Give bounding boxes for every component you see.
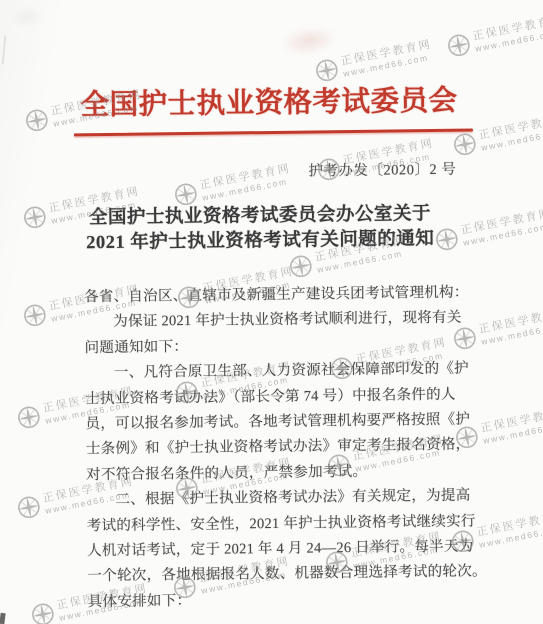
official-notice-document: 全国护士执业资格考试委员会 护考办发〔2020〕2 号 全国护士执业资格考试委员…	[0, 0, 543, 624]
body-text-line: 为保证 2021 年护士执业资格考试顺利进行，现将有关	[84, 306, 494, 336]
notice-title-line-2: 2021 年护士执业资格考试有关问题的通知	[0, 226, 521, 257]
body-text-line: 士条例》和《护士执业资格考试办法》审定考生报名资格，	[86, 433, 496, 463]
body-paragraph-lines: 为保证 2021 年护士执业资格考试顺利进行，现将有关问题通知如下：一、凡符合原…	[84, 306, 498, 616]
letterhead-org-name: 全国护士执业资格考试委员会	[0, 77, 541, 125]
letterhead-divider-line	[74, 129, 473, 137]
body-text-line: 一个轮次，各地根据报名人数、机器数合理选择考试的轮次。	[87, 560, 497, 590]
notice-body: 各省、自治区、直辖市及新疆生产建设兵团考试管理机构： 为保证 2021 年护士执…	[84, 280, 498, 615]
document-number: 护考办发〔2020〕2 号	[308, 158, 456, 181]
photo-smudge-artifact	[4, 2, 50, 32]
document-photo: 全国护士执业资格考试委员会 护考办发〔2020〕2 号 全国护士执业资格考试委员…	[0, 0, 543, 624]
body-text-line: 具体安排如下：	[88, 585, 498, 615]
notice-title: 全国护士执业资格考试委员会办公室关于 2021 年护士执业资格考试有关问题的通知	[0, 201, 521, 257]
